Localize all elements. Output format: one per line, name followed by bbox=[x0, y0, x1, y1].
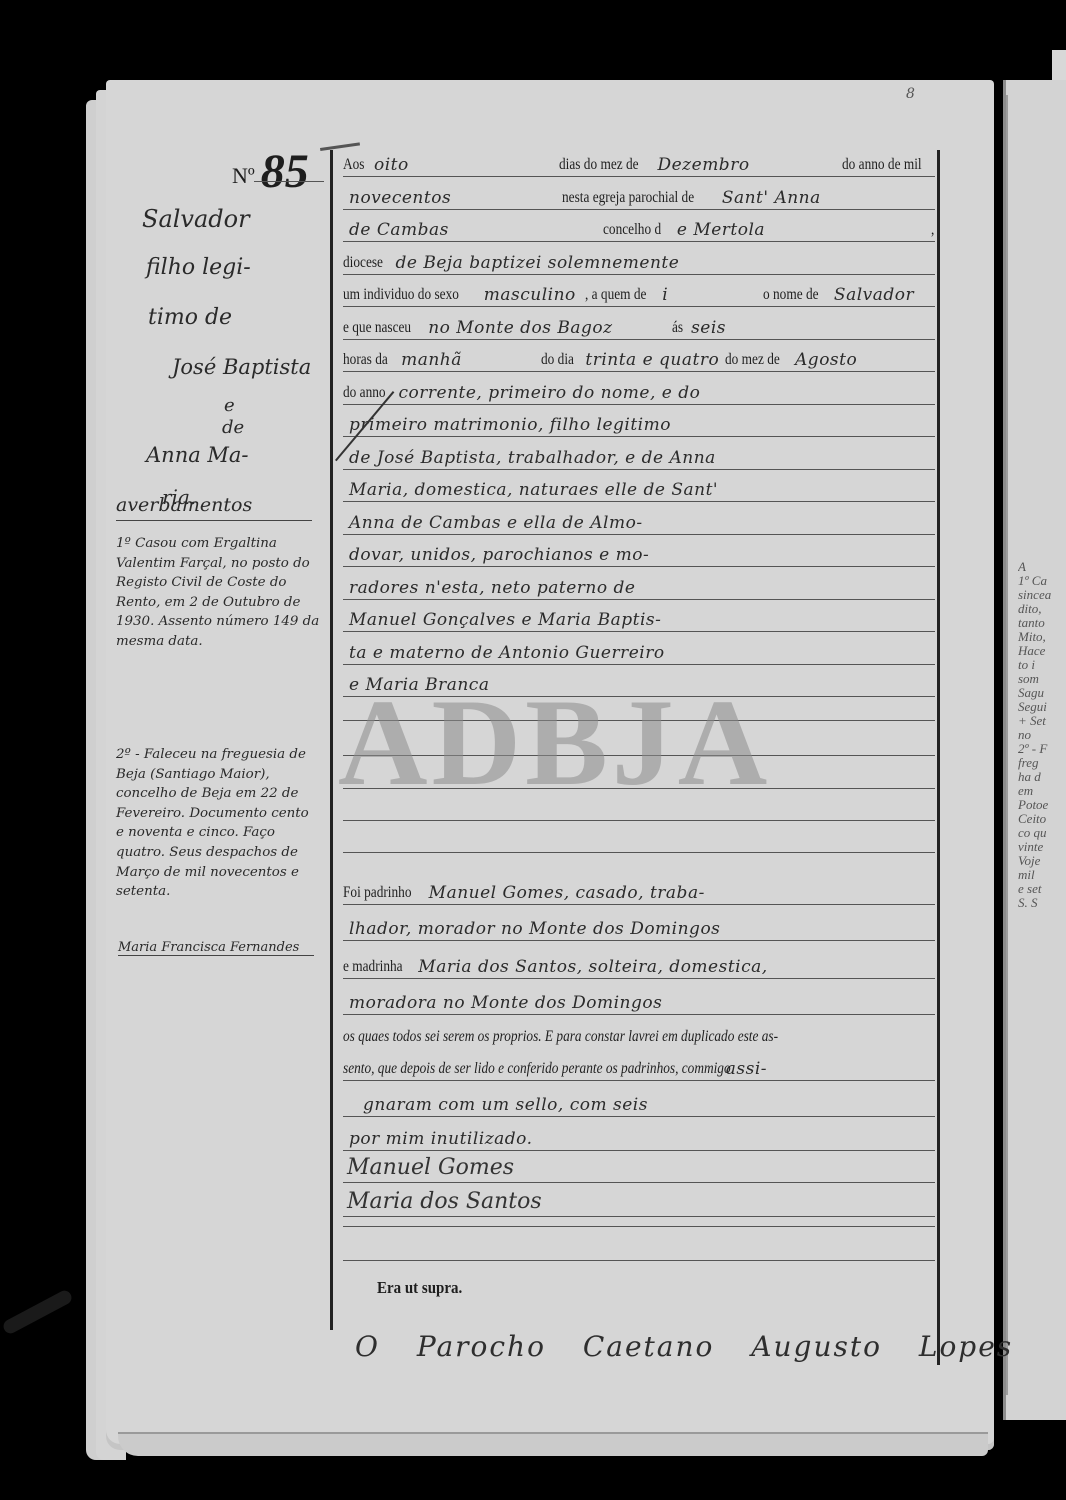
godfather-row-2: lhador, morador no Monte dos Domingos bbox=[343, 904, 935, 941]
form-frame-left bbox=[330, 150, 333, 1330]
form-row: novecentosnesta egreja parochial deSant'… bbox=[343, 173, 935, 210]
entry-number-value: 85 bbox=[261, 145, 309, 198]
next-page-fragment: em bbox=[1018, 784, 1066, 798]
next-page-fragment: freg bbox=[1018, 756, 1066, 770]
blank-line bbox=[343, 1226, 935, 1227]
entry-number-label: Nº bbox=[232, 163, 255, 188]
margin-name: Salvador bbox=[142, 205, 250, 233]
next-page-fragment: dito, bbox=[1018, 602, 1066, 616]
form-row: do annocorrente, primeiro do nome, e do bbox=[343, 368, 935, 405]
form-frame-right bbox=[937, 150, 940, 1365]
margin-line: e bbox=[224, 395, 235, 416]
next-page-fragment: Mito, bbox=[1018, 630, 1066, 644]
form-row: primeiro matrimonio, filho legitimo bbox=[343, 400, 935, 437]
next-page-text: A1º Casinceadito,tantoMito,Haceto isomSa… bbox=[1018, 560, 1066, 910]
next-page-fragment: Ceito bbox=[1018, 812, 1066, 826]
signature-row-godmother: Maria dos Santos bbox=[343, 1180, 935, 1217]
form-row: um individuo do sexomasculino, a quem de… bbox=[343, 270, 935, 307]
entry-number-underline bbox=[254, 181, 324, 182]
next-page-fragment: Sagu bbox=[1018, 686, 1066, 700]
godfather-label: Foi padrinho bbox=[343, 884, 412, 904]
blank-line bbox=[343, 720, 935, 721]
page-bottom-fold bbox=[118, 1432, 988, 1456]
form-row: radores n'esta, neto paterno de bbox=[343, 563, 935, 600]
next-page-fragment: + Set bbox=[1018, 714, 1066, 728]
next-page-fragment: ha d bbox=[1018, 770, 1066, 784]
next-page-fragment: no bbox=[1018, 728, 1066, 742]
godmother-label: e madrinha bbox=[343, 958, 403, 978]
closing-hand-3: gnaram com um sello, com seis bbox=[343, 1095, 935, 1116]
margin-line: Anna Ma- bbox=[146, 443, 249, 467]
closing-text-2: sento, que depois de ser lido e conferid… bbox=[343, 1060, 731, 1080]
annotations-title: averbamentos bbox=[116, 494, 312, 521]
handwritten-value: e Maria Branca bbox=[343, 675, 935, 696]
next-page-fragment: som bbox=[1018, 672, 1066, 686]
form-row: Aosoitodias do mez deDezembrodo anno de … bbox=[343, 140, 935, 177]
form-row: horas damanhãdo diatrinta e quatrodo mez… bbox=[343, 335, 935, 372]
blank-line bbox=[343, 1260, 935, 1261]
margin-line: timo de bbox=[148, 305, 232, 330]
form-row: de José Baptista, trabalhador, e de Anna bbox=[343, 433, 935, 470]
godfather-row: Foi padrinho Manuel Gomes, casado, traba… bbox=[343, 868, 935, 905]
next-page-fragment: 2º - F bbox=[1018, 742, 1066, 756]
binding-ribbon bbox=[1, 1288, 74, 1336]
next-page-fragment: 1º Ca bbox=[1018, 574, 1066, 588]
closing-line-3: gnaram com um sello, com seis bbox=[343, 1080, 935, 1117]
closing-line-1: os quaes todos sei serem os proprios. E … bbox=[343, 1012, 935, 1048]
next-page-fragment: Potoe bbox=[1018, 798, 1066, 812]
blank-line bbox=[343, 755, 935, 756]
page-corner-mark: 8 bbox=[906, 86, 915, 102]
annotation-marriage: 1º Casou com Ergaltina Valentim Farçal, … bbox=[116, 534, 320, 652]
next-page-fragment: e set bbox=[1018, 882, 1066, 896]
form-row: diocesede Beja baptizei solemnemente bbox=[343, 238, 935, 275]
priest-signature: O Parocho Caetano Augusto Lopes bbox=[355, 1330, 1013, 1363]
next-page-fragment: tanto bbox=[1018, 616, 1066, 630]
signature-row-godfather: Manuel Gomes bbox=[343, 1146, 935, 1183]
form-row: Manuel Gonçalves e Maria Baptis- bbox=[343, 595, 935, 632]
godfather-value-2: lhador, morador no Monte dos Domingos bbox=[343, 919, 935, 940]
godmother-row-2: moradora no Monte dos Domingos bbox=[343, 978, 935, 1015]
next-page-fragment: co qu bbox=[1018, 826, 1066, 840]
next-page-fragment: Segui bbox=[1018, 700, 1066, 714]
margin-line: filho legi- bbox=[146, 255, 251, 280]
godmother-row: e madrinha Maria dos Santos, solteira, d… bbox=[343, 942, 935, 979]
annotation-death: 2º - Faleceu na freguesia de Beja (Santi… bbox=[116, 745, 320, 902]
next-page-fragment: A bbox=[1018, 560, 1066, 574]
godmother-signature: Maria dos Santos bbox=[343, 1189, 546, 1216]
godmother-value-2: moradora no Monte dos Domingos bbox=[343, 993, 935, 1014]
form-row: de Cambasconcelho de Mertola, bbox=[343, 205, 935, 242]
form-row: e Maria Branca bbox=[343, 660, 935, 697]
form-row: Anna de Cambas e ella de Almo- bbox=[343, 498, 935, 535]
next-page-fragment: mil bbox=[1018, 868, 1066, 882]
form-row: Maria, domestica, naturaes elle de Sant' bbox=[343, 465, 935, 502]
next-page-fragment: to i bbox=[1018, 658, 1066, 672]
next-page-fragment: Hace bbox=[1018, 644, 1066, 658]
entry-number: Nº85 bbox=[232, 140, 309, 195]
gutter-line bbox=[1006, 95, 1008, 1395]
blank-line bbox=[343, 852, 935, 853]
next-page-fragment: S. S bbox=[1018, 896, 1066, 910]
margin-line: José Baptista bbox=[172, 355, 311, 379]
closing-line-2: sento, que depois de ser lido e conferid… bbox=[343, 1044, 935, 1081]
next-page-fragment: Voje bbox=[1018, 854, 1066, 868]
form-row: ta e materno de Antonio Guerreiro bbox=[343, 628, 935, 665]
blank-line bbox=[343, 788, 935, 789]
next-page-fragment: vinte bbox=[1018, 840, 1066, 854]
form-row: dovar, unidos, parochianos e mo- bbox=[343, 530, 935, 567]
form-row: e que nasceuno Monte dos Bagozásseis bbox=[343, 303, 935, 340]
godfather-value: Manuel Gomes, casado, traba- bbox=[423, 883, 935, 904]
godmother-value: Maria dos Santos, solteira, domestica, bbox=[412, 957, 935, 978]
godfather-signature: Manuel Gomes bbox=[343, 1155, 518, 1182]
era-ut-supra: Era ut supra. bbox=[377, 1278, 462, 1298]
next-page-fragment: sincea bbox=[1018, 588, 1066, 602]
blank-line bbox=[343, 820, 935, 821]
margin-line: de bbox=[222, 417, 244, 438]
annotation-signature: Maria Francisca Fernandes bbox=[118, 940, 314, 956]
